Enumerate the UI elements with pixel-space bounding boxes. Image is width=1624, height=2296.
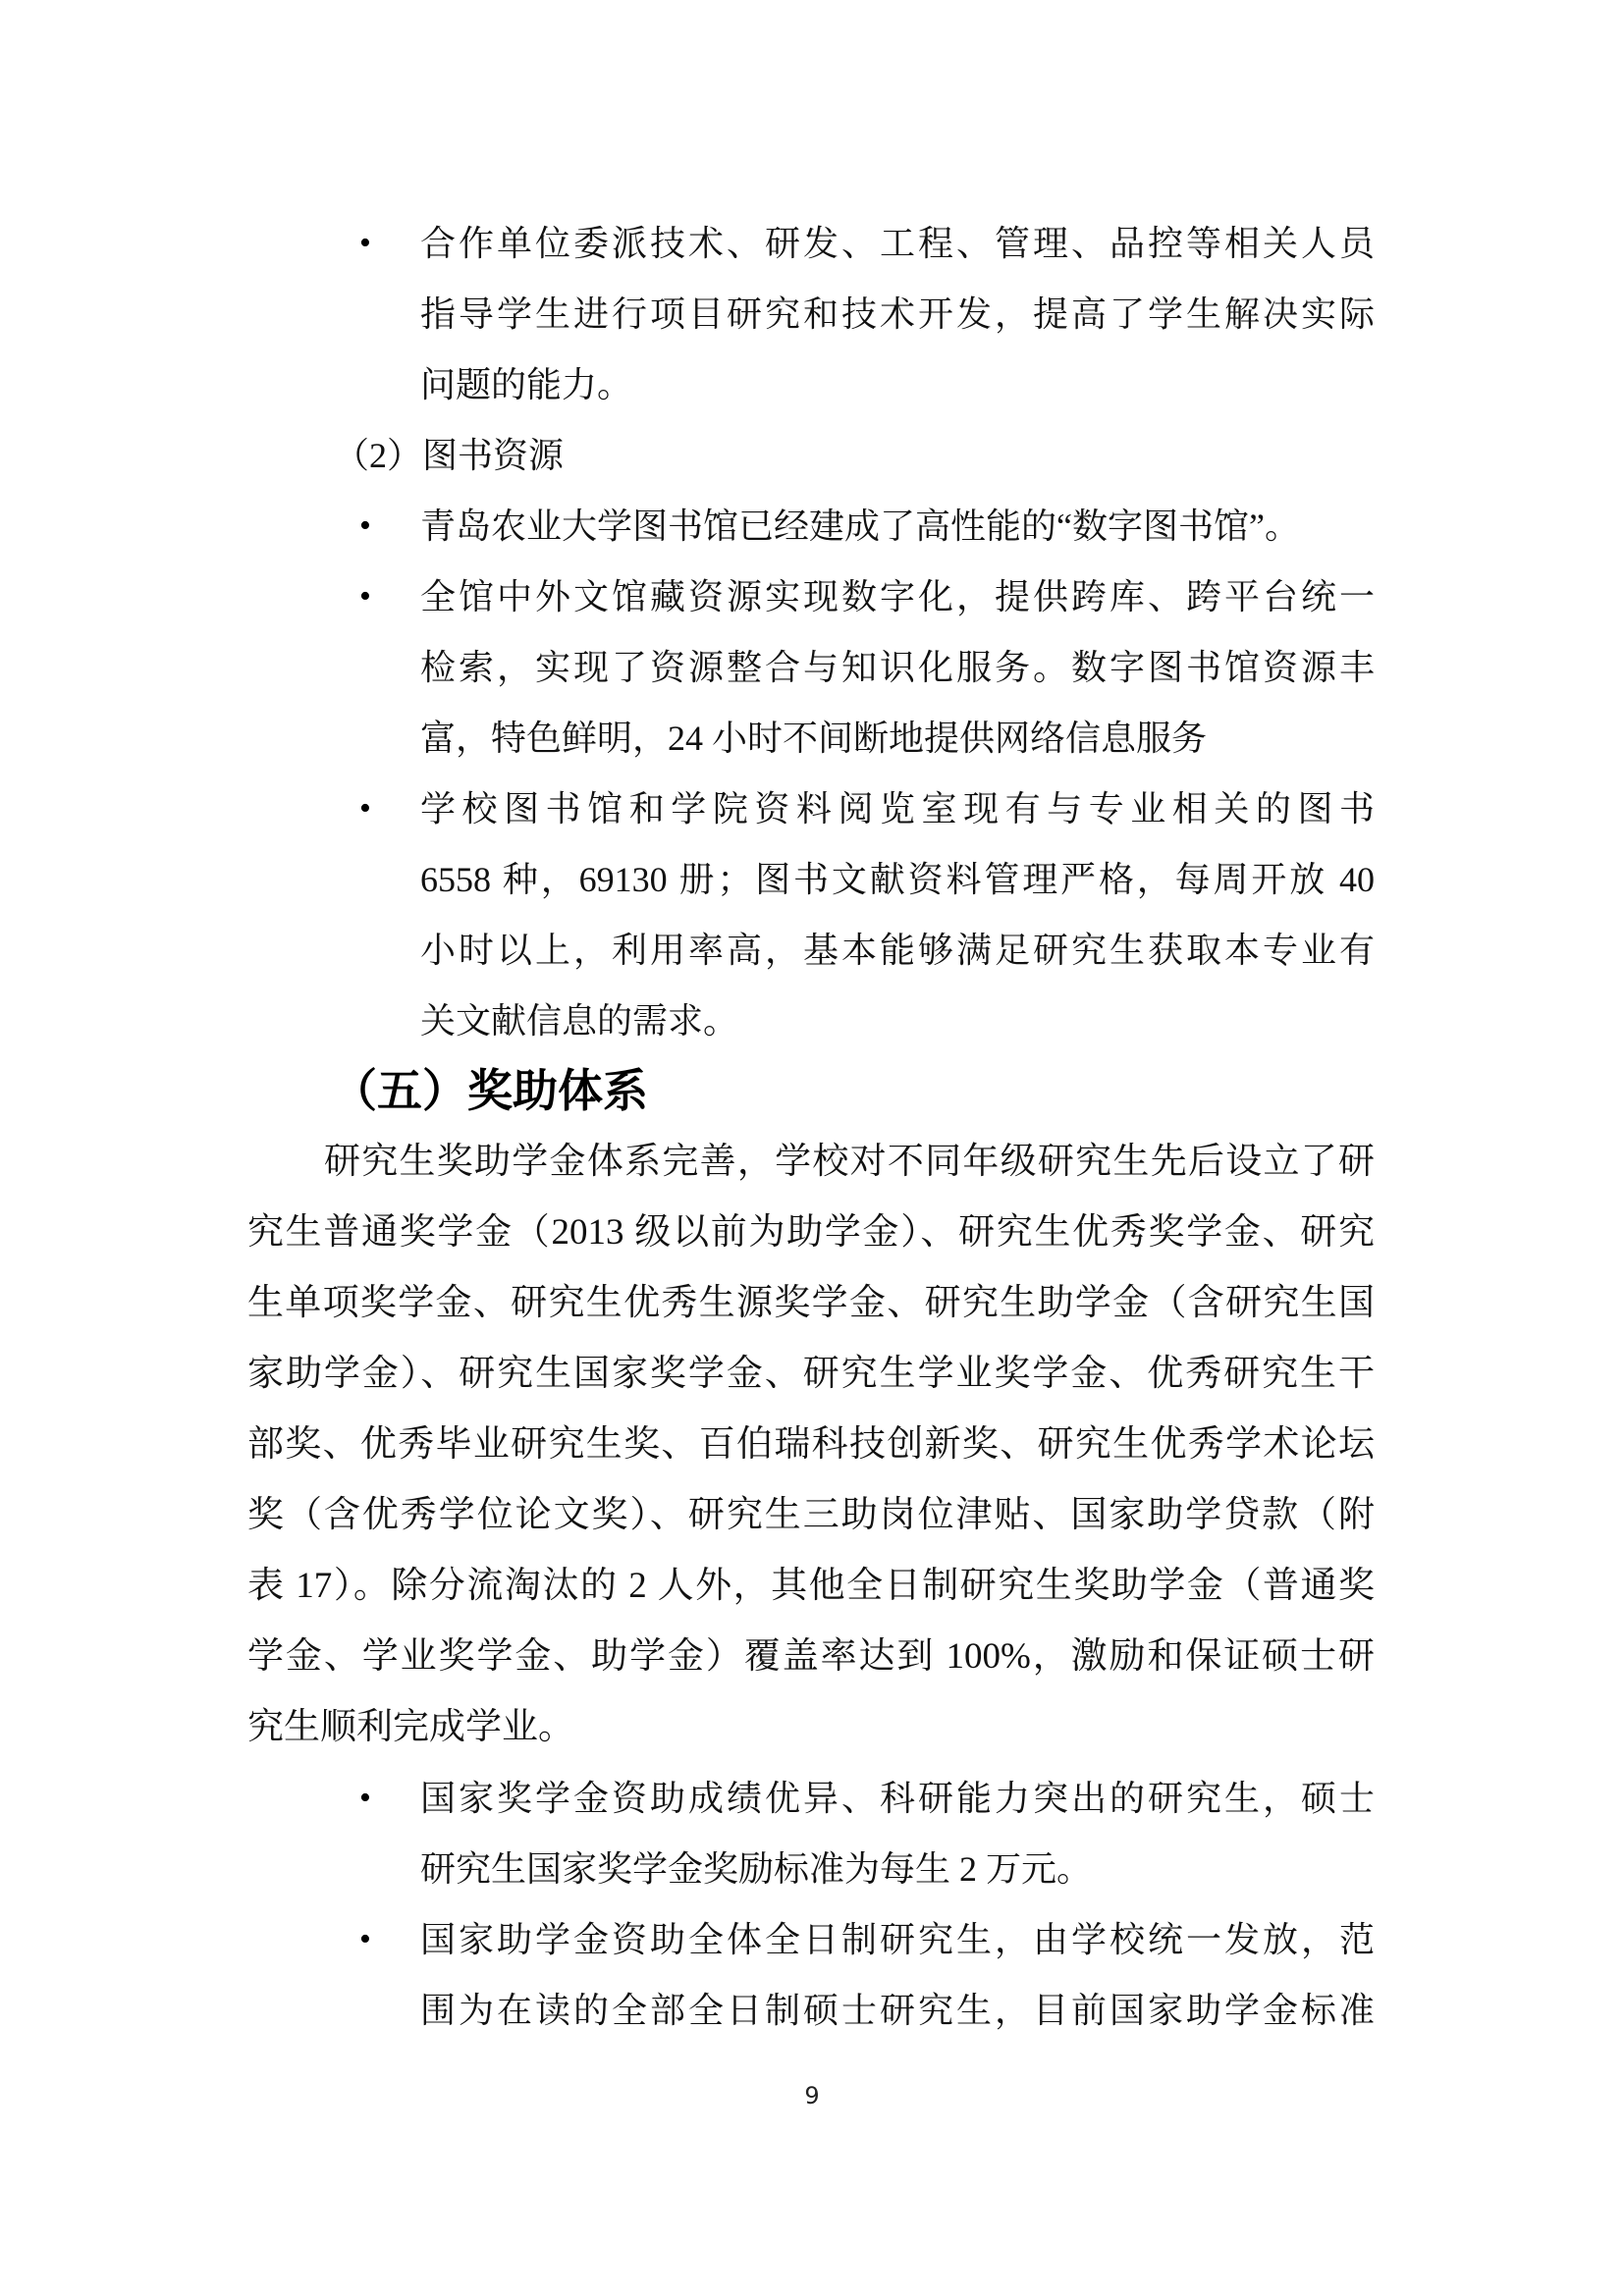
numbered-item: （2）图书资源: [334, 420, 564, 491]
page-number: 9: [0, 2079, 1624, 2112]
bullet-icon: •: [359, 561, 399, 632]
paragraph-line: 表 17）。除分流淘汰的 2 人外，其他全日制研究生奖助学金（普通奖: [247, 1551, 1375, 1622]
bullet-line: 围为在读的全部全日制硕士研究生，目前国家助学金标准: [420, 1975, 1375, 2046]
bullet-icon: •: [359, 1904, 399, 1975]
bullet-line: 关文献信息的需求。: [420, 986, 1375, 1056]
bullet-line: 全馆中外文馆藏资源实现数字化，提供跨库、跨平台统一: [420, 561, 1375, 632]
paragraph-line: 学金、学业奖学金、助学金）覆盖率达到 100%，激励和保证硕士研: [247, 1622, 1375, 1692]
bullet-line: 国家奖学金资助成绩优异、科研能力突出的研究生，硕士: [420, 1763, 1375, 1834]
paragraph-line: 家助学金）、研究生国家奖学金、研究生学业奖学金、优秀研究生干: [247, 1339, 1375, 1410]
bullet-line: 小时以上，利用率高，基本能够满足研究生获取本专业有: [420, 915, 1375, 986]
bullet-line: 指导学生进行项目研究和技术开发，提高了学生解决实际: [420, 279, 1375, 349]
bullet-icon: •: [359, 491, 399, 561]
bullet-line: 富，特色鲜明，24 小时不间断地提供网络信息服务: [420, 703, 1375, 774]
bullet-line: 6558 种，69130 册；图书文献资料管理严格，每周开放 40: [420, 844, 1375, 915]
paragraph-line: 究生普通奖学金（2013 级以前为助学金）、研究生优秀奖学金、研究: [247, 1198, 1375, 1268]
bullet-line: 青岛农业大学图书馆已经建成了高性能的“数字图书馆”。: [420, 491, 1375, 561]
bullet-line: 国家助学金资助全体全日制研究生，由学校统一发放，范: [420, 1904, 1375, 1975]
paragraph-line: 研究生奖助学金体系完善，学校对不同年级研究生先后设立了研: [324, 1127, 1375, 1198]
numbered-item-text: 图书资源: [422, 436, 564, 475]
paragraph-line: 究生顺利完成学业。: [247, 1692, 1375, 1763]
bullet-line: 研究生国家奖学金奖励标准为每生 2 万元。: [420, 1834, 1375, 1904]
bullet-icon: •: [359, 774, 399, 844]
document-page: • 合作单位委派技术、研发、工程、管理、品控等相关人员 指导学生进行项目研究和技…: [0, 0, 1624, 2296]
bullet-icon: •: [359, 1763, 399, 1834]
bullet-icon: •: [359, 208, 399, 279]
paragraph-line: 部奖、优秀毕业研究生奖、百伯瑞科技创新奖、研究生优秀学术论坛: [247, 1410, 1375, 1480]
bullet-line: 合作单位委派技术、研发、工程、管理、品控等相关人员: [420, 208, 1375, 279]
bullet-line: 问题的能力。: [420, 349, 1375, 420]
paragraph-line: 奖（含优秀学位论文奖）、研究生三助岗位津贴、国家助学贷款（附: [247, 1480, 1375, 1551]
bullet-line: 学校图书馆和学院资料阅览室现有与专业相关的图书: [420, 774, 1375, 844]
section-heading: （五）奖助体系: [332, 1056, 648, 1127]
paragraph-line: 生单项奖学金、研究生优秀生源奖学金、研究生助学金（含研究生国: [247, 1268, 1375, 1339]
bullet-line: 检索，实现了资源整合与知识化服务。数字图书馆资源丰: [420, 632, 1375, 703]
numbered-item-label: （2）: [334, 436, 422, 475]
